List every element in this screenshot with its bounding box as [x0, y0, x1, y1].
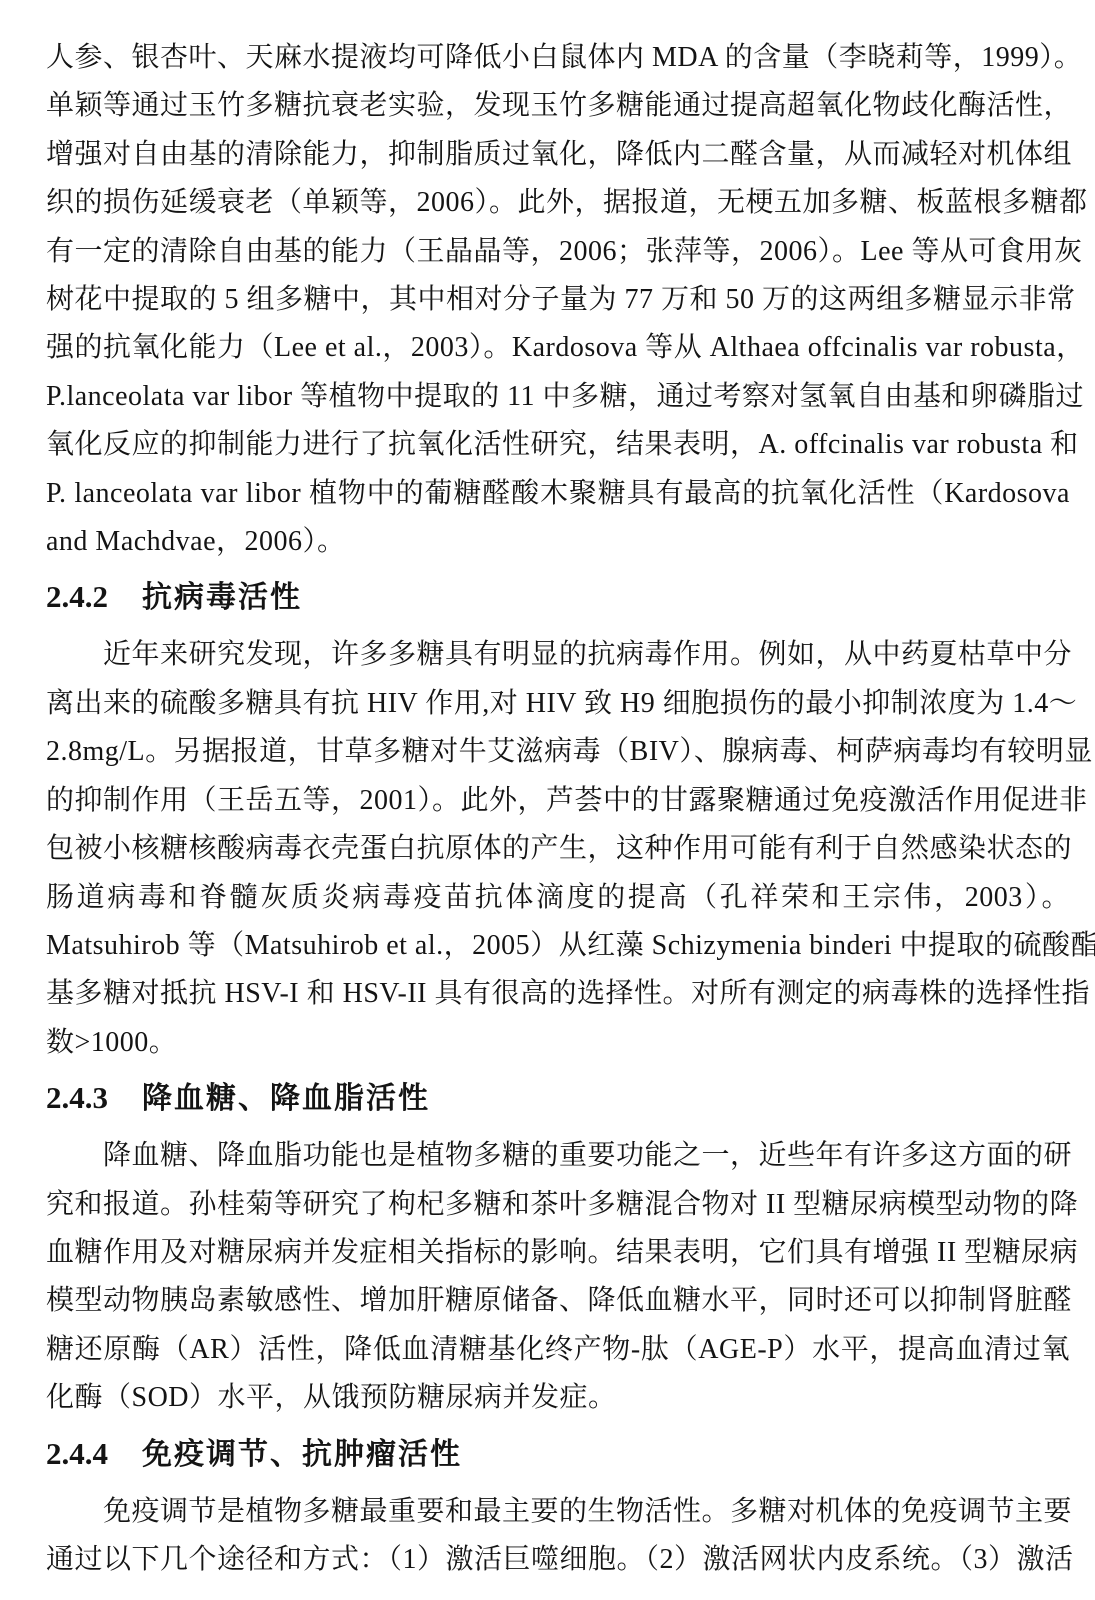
section-title: 降血糖、降血脂活性 [142, 1082, 430, 1115]
text-line: 强的抗氧化能力（Lee et al.，2003）。Kardosova 等从 Al… [46, 324, 1070, 372]
section-heading-immunomodulation: 2.4.4免疫调节、抗肿瘤活性 [46, 1429, 1070, 1482]
text-line: 糖还原酶（AR）活性，降低血清糖基化终产物-肽（AGE-P）水平，提高血清过氧 [46, 1326, 1070, 1374]
text-line: P. lanceolata var libor 植物中的葡糖醛酸木聚糖具有最高的… [46, 470, 1070, 518]
section-heading-antiviral: 2.4.2抗病毒活性 [46, 572, 1070, 625]
text-line: 单颖等通过玉竹多糖抗衰老实验，发现玉竹多糖能通过提高超氧化物歧化酶活性， [46, 82, 1070, 130]
text-line: 免疫调节是植物多糖最重要和最主要的生物活性。多糖对机体的免疫调节主要 [46, 1488, 1070, 1536]
section-number: 2.4.4 [46, 1436, 108, 1471]
text-line: 包被小核糖核酸病毒衣壳蛋白抗原体的产生，这种作用可能有利于自然感染状态的 [46, 825, 1070, 873]
paragraph-antioxidant-activity: 人参、银杏叶、天麻水提液均可降低小白鼠体内 MDA 的含量（李晓莉等，1999）… [46, 34, 1070, 566]
section-title: 抗病毒活性 [142, 581, 302, 614]
text-line: and Machdvae，2006）。 [46, 518, 1070, 566]
text-line: 2.8mg/L。另据报道，甘草多糖对牛艾滋病毒（BIV）、腺病毒、柯萨病毒均有较… [46, 728, 1070, 776]
section-number: 2.4.3 [46, 1080, 108, 1115]
text-line: 的抑制作用（王岳五等，2001）。此外，芦荟中的甘露聚糖通过免疫激活作用促进非 [46, 777, 1070, 825]
text-line: 肠道病毒和脊髓灰质炎病毒疫苗抗体滴度的提高（孔祥荣和王宗伟，2003）。 [46, 874, 1070, 922]
section-heading-hypoglycemic: 2.4.3降血糖、降血脂活性 [46, 1073, 1070, 1126]
document-page: 人参、银杏叶、天麻水提液均可降低小白鼠体内 MDA 的含量（李晓莉等，1999）… [0, 0, 1095, 1600]
text-line: 化酶（SOD）水平，从饿预防糖尿病并发症。 [46, 1374, 1070, 1422]
text-line: 模型动物胰岛素敏感性、增加肝糖原储备、降低血糖水平，同时还可以抑制肾脏醛 [46, 1277, 1070, 1325]
text-line: 人参、银杏叶、天麻水提液均可降低小白鼠体内 MDA 的含量（李晓莉等，1999）… [46, 34, 1070, 82]
text-line: 增强对自由基的清除能力，抑制脂质过氧化，降低内二醛含量，从而减轻对机体组 [46, 131, 1070, 179]
text-line: 有一定的清除自由基的能力（王晶晶等，2006；张萍等，2006）。Lee 等从可… [46, 228, 1070, 276]
text-line: 织的损伤延缓衰老（单颖等，2006）。此外，据报道，无梗五加多糖、板蓝根多糖都 [46, 179, 1070, 227]
paragraph-antiviral-activity: 近年来研究发现，许多多糖具有明显的抗病毒作用。例如，从中药夏枯草中分 离出来的硫… [46, 631, 1070, 1067]
text-line: 血糖作用及对糖尿病并发症相关指标的影响。结果表明，它们具有增强 II 型糖尿病 [46, 1229, 1070, 1277]
text-line: 数>1000。 [46, 1019, 1070, 1067]
text-line: 降血糖、降血脂功能也是植物多糖的重要功能之一，近些年有许多这方面的研 [46, 1132, 1070, 1180]
text-line: 基多糖对抵抗 HSV-I 和 HSV-II 具有很高的选择性。对所有测定的病毒株… [46, 970, 1070, 1018]
text-line: 近年来研究发现，许多多糖具有明显的抗病毒作用。例如，从中药夏枯草中分 [46, 631, 1070, 679]
text-line: Matsuhirob 等（Matsuhirob et al.，2005）从红藻 … [46, 922, 1070, 970]
paragraph-immunomodulation: 免疫调节是植物多糖最重要和最主要的生物活性。多糖对机体的免疫调节主要 通过以下几… [46, 1488, 1070, 1585]
text-line: 通过以下几个途径和方式：（1）激活巨噬细胞。（2）激活网状内皮系统。（3）激活 [46, 1536, 1070, 1584]
section-title: 免疫调节、抗肿瘤活性 [142, 1438, 462, 1471]
text-line: 氧化反应的抑制能力进行了抗氧化活性研究，结果表明，A. offcinalis v… [46, 421, 1070, 469]
text-line: 树花中提取的 5 组多糖中，其中相对分子量为 77 万和 50 万的这两组多糖显… [46, 276, 1070, 324]
text-line: 究和报道。孙桂菊等研究了枸杞多糖和茶叶多糖混合物对 II 型糖尿病模型动物的降 [46, 1181, 1070, 1229]
paragraph-hypoglycemic-activity: 降血糖、降血脂功能也是植物多糖的重要功能之一，近些年有许多这方面的研 究和报道。… [46, 1132, 1070, 1422]
section-number: 2.4.2 [46, 579, 108, 614]
text-line: P.lanceolata var libor 等植物中提取的 11 中多糖，通过… [46, 373, 1070, 421]
text-line: 离出来的硫酸多糖具有抗 HIV 作用,对 HIV 致 H9 细胞损伤的最小抑制浓… [46, 680, 1070, 728]
